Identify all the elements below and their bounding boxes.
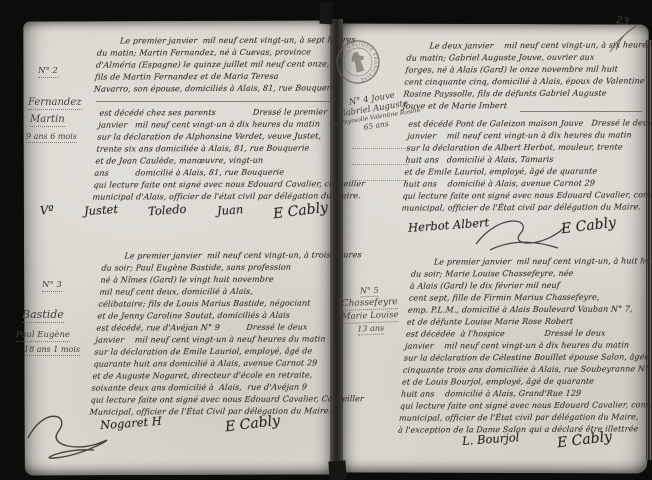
signature: E Cably <box>224 413 281 436</box>
handwritten-line: emp. P.L.M., domicilié à Alais Boulevard… <box>407 303 650 316</box>
margin-surname: Fernandez <box>28 97 82 110</box>
handwritten-line: cent cinquante cinq, domicilié à Alais, … <box>404 75 647 88</box>
spine-clip-bottom <box>328 460 346 480</box>
signature: Juan <box>216 202 243 218</box>
signature: Nogaret H <box>100 414 163 432</box>
blank-margin-line <box>352 180 408 181</box>
death-record-3: Le premier janvier mil neuf cent vingt-u… <box>89 249 343 418</box>
death-record-4-paragraph-1: Le deux janvier mil neuf cent vingt-un, … <box>402 39 650 112</box>
signature: E Cably <box>556 429 613 452</box>
record-3-signatures: Nogaret HE Cably <box>100 416 280 432</box>
death-record-4-paragraph-2: est décédé Pont de Galeizon maison Jouve… <box>401 117 651 214</box>
record-5-signatures: L. BourjolE Cably <box>462 432 612 448</box>
handwritten-line: trente six ans domiciliée à Alais, 81, r… <box>96 142 337 155</box>
handwritten-line: Navarro, son épouse, domiciliés à Alais,… <box>93 82 334 95</box>
signature: E Cably <box>272 200 329 223</box>
margin-given-name: Martin <box>30 114 65 127</box>
margin-age: 13 ans <box>330 323 410 337</box>
signature: Vº <box>40 203 55 218</box>
register-scan: N° 2 Fernandez Martin 9 ans 6 mois Le pr… <box>0 0 652 480</box>
handwritten-line: Le deux janvier mil neuf cent vingt-un, … <box>407 39 650 52</box>
signature: Herbot Albert <box>408 215 490 235</box>
margin-surname: Bastide <box>22 308 64 323</box>
margin-age: 18 ans 1 mois <box>24 345 80 356</box>
blank-margin-line <box>352 164 408 165</box>
handwritten-line: Le premier janvier mil neuf cent vingt-u… <box>411 255 652 268</box>
death-record-5: Le premier janvier mil neuf cent vingt-u… <box>398 255 652 436</box>
spine-clip-top <box>319 2 333 25</box>
death-record-2-paragraph-1: Le premier janvier mil neuf cent vingt-u… <box>93 34 338 95</box>
margin-age: 9 ans 6 mois <box>26 132 77 143</box>
record-divider-rule <box>96 101 330 102</box>
blank-fill-rule <box>520 111 642 112</box>
record-2-signatures: VºJustetToledoJuanE Cably <box>40 203 328 219</box>
signature: Toledo <box>147 202 186 219</box>
signature: Justet <box>83 202 118 218</box>
record-4-signatures: Herbot AlbertE Cably <box>408 218 616 234</box>
handwritten-line: célibataire; fils de Louis Marius Bastid… <box>98 297 339 310</box>
marianne-figure-icon <box>350 51 367 74</box>
handwritten-line: d'Alméria (Espagne) le quinze juillet mi… <box>95 58 336 71</box>
page-stack-edge <box>646 40 652 460</box>
signature: E Cably <box>560 215 617 238</box>
margin-record-number: N° 3 <box>42 280 62 292</box>
handwritten-line: cinquante trois ans domiciliée à Alais, … <box>402 363 645 376</box>
signature: L. Bourjol <box>462 430 520 448</box>
death-record-2-paragraph-2: est décédé chez ses parents Dressé le pr… <box>92 106 340 203</box>
handwritten-line: municipal d'Alais, officier de l'état ci… <box>92 190 333 203</box>
margin-record-number: N° 2 <box>38 66 58 78</box>
margin-given-name: Paul Eugène <box>16 330 70 342</box>
blank-margin-line <box>352 148 408 149</box>
margin-note-record-5: N° 5 Chassefeyre Marie Louise 13 ans <box>329 285 411 338</box>
handwritten-line: sur la déclaration de Albert Herbot, mou… <box>406 141 649 154</box>
handwritten-line: Le premier janvier mil neuf cent vingt-u… <box>102 249 343 262</box>
